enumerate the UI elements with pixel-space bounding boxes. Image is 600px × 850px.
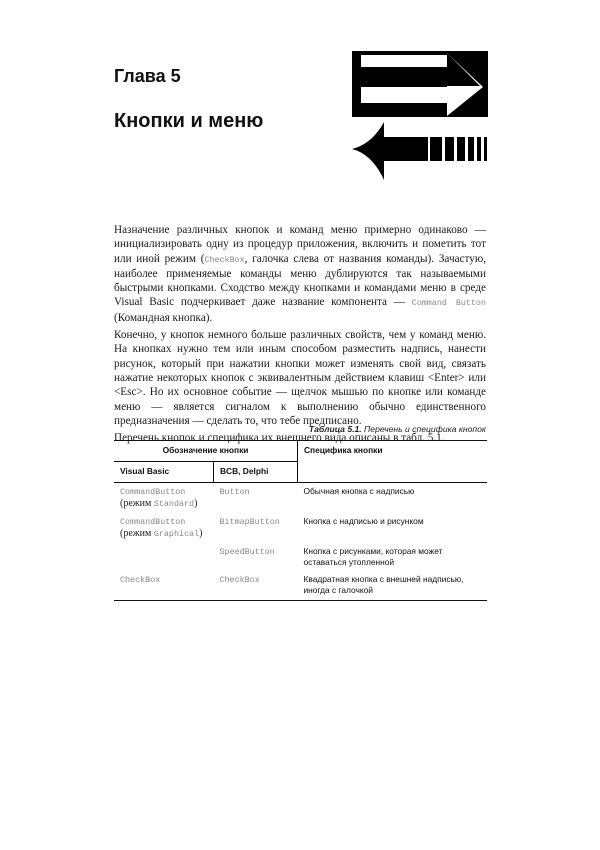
table-row: CommandButton(режим Graphical) BitmapBut…	[114, 513, 487, 543]
table-row: CommandButton(режим Standard) Button Обы…	[114, 483, 487, 514]
cell-bcb: CheckBox	[214, 571, 298, 601]
cell-bcb: SpeedButton	[214, 543, 298, 571]
vb-name: CheckBox	[120, 575, 160, 585]
table-row: SpeedButton Кнопка с рисунками, которая …	[114, 543, 487, 571]
paragraph-1: Назначение различных кнопок и команд мен…	[114, 223, 486, 325]
vb-name: CommandButton	[120, 517, 185, 527]
chapter-title: Кнопки и меню	[114, 110, 263, 133]
cell-vb: CommandButton(режим Graphical)	[114, 513, 214, 543]
bcb-name: CheckBox	[220, 575, 260, 585]
cell-bcb: Button	[214, 483, 298, 514]
chapter-number: Глава 5	[114, 66, 181, 87]
paragraph-2: Конечно, у кнопок немного больше различн…	[114, 328, 486, 428]
vb-mode: Standard	[154, 499, 194, 509]
vb-name: CommandButton	[120, 487, 185, 497]
header-visual-basic: Visual Basic	[114, 462, 214, 483]
cell-spec: Кнопка с рисунками, которая может остава…	[298, 543, 488, 571]
header-bcb-delphi: BCB, Delphi	[214, 462, 298, 483]
mode-suffix: )	[199, 528, 202, 539]
bcb-name: SpeedButton	[220, 547, 275, 557]
caption-text: Перечень и специфика кнопок	[362, 424, 486, 434]
buttons-table: Обозначение кнопки Специфика кнопки Visu…	[114, 440, 487, 601]
caption-label: Таблица 5.1.	[309, 424, 362, 434]
cell-spec: Кнопка с надписью и рисунком	[298, 513, 488, 543]
cell-spec: Обычная кнопка с надписью	[298, 483, 488, 514]
bcb-name: Button	[220, 487, 250, 497]
arrows-icon	[352, 50, 488, 185]
paragraph-text: (Командная кнопка).	[114, 312, 212, 324]
bcb-name: BitmapButton	[220, 517, 280, 527]
table-caption: Таблица 5.1. Перечень и специфика кнопок	[309, 424, 486, 434]
body-text: Назначение различных кнопок и команд мен…	[114, 223, 486, 448]
header-button-name: Обозначение кнопки	[114, 441, 298, 462]
table-row: CheckBox CheckBox Квадратная кнопка с вн…	[114, 571, 487, 601]
cell-vb	[114, 543, 214, 571]
mode-suffix: )	[194, 498, 197, 509]
header-spec: Специфика кнопки	[298, 441, 488, 483]
cell-spec: Квадратная кнопка с внешней надписью, ин…	[298, 571, 488, 601]
cell-vb: CheckBox	[114, 571, 214, 601]
cell-bcb: BitmapButton	[214, 513, 298, 543]
cell-vb: CommandButton(режим Standard)	[114, 483, 214, 514]
mode-prefix: (режим	[120, 528, 154, 539]
code-command-button: Command Button	[412, 298, 486, 308]
mode-prefix: (режим	[120, 498, 154, 509]
vb-mode: Graphical	[154, 529, 199, 539]
code-checkbox: CheckBox	[204, 255, 244, 265]
